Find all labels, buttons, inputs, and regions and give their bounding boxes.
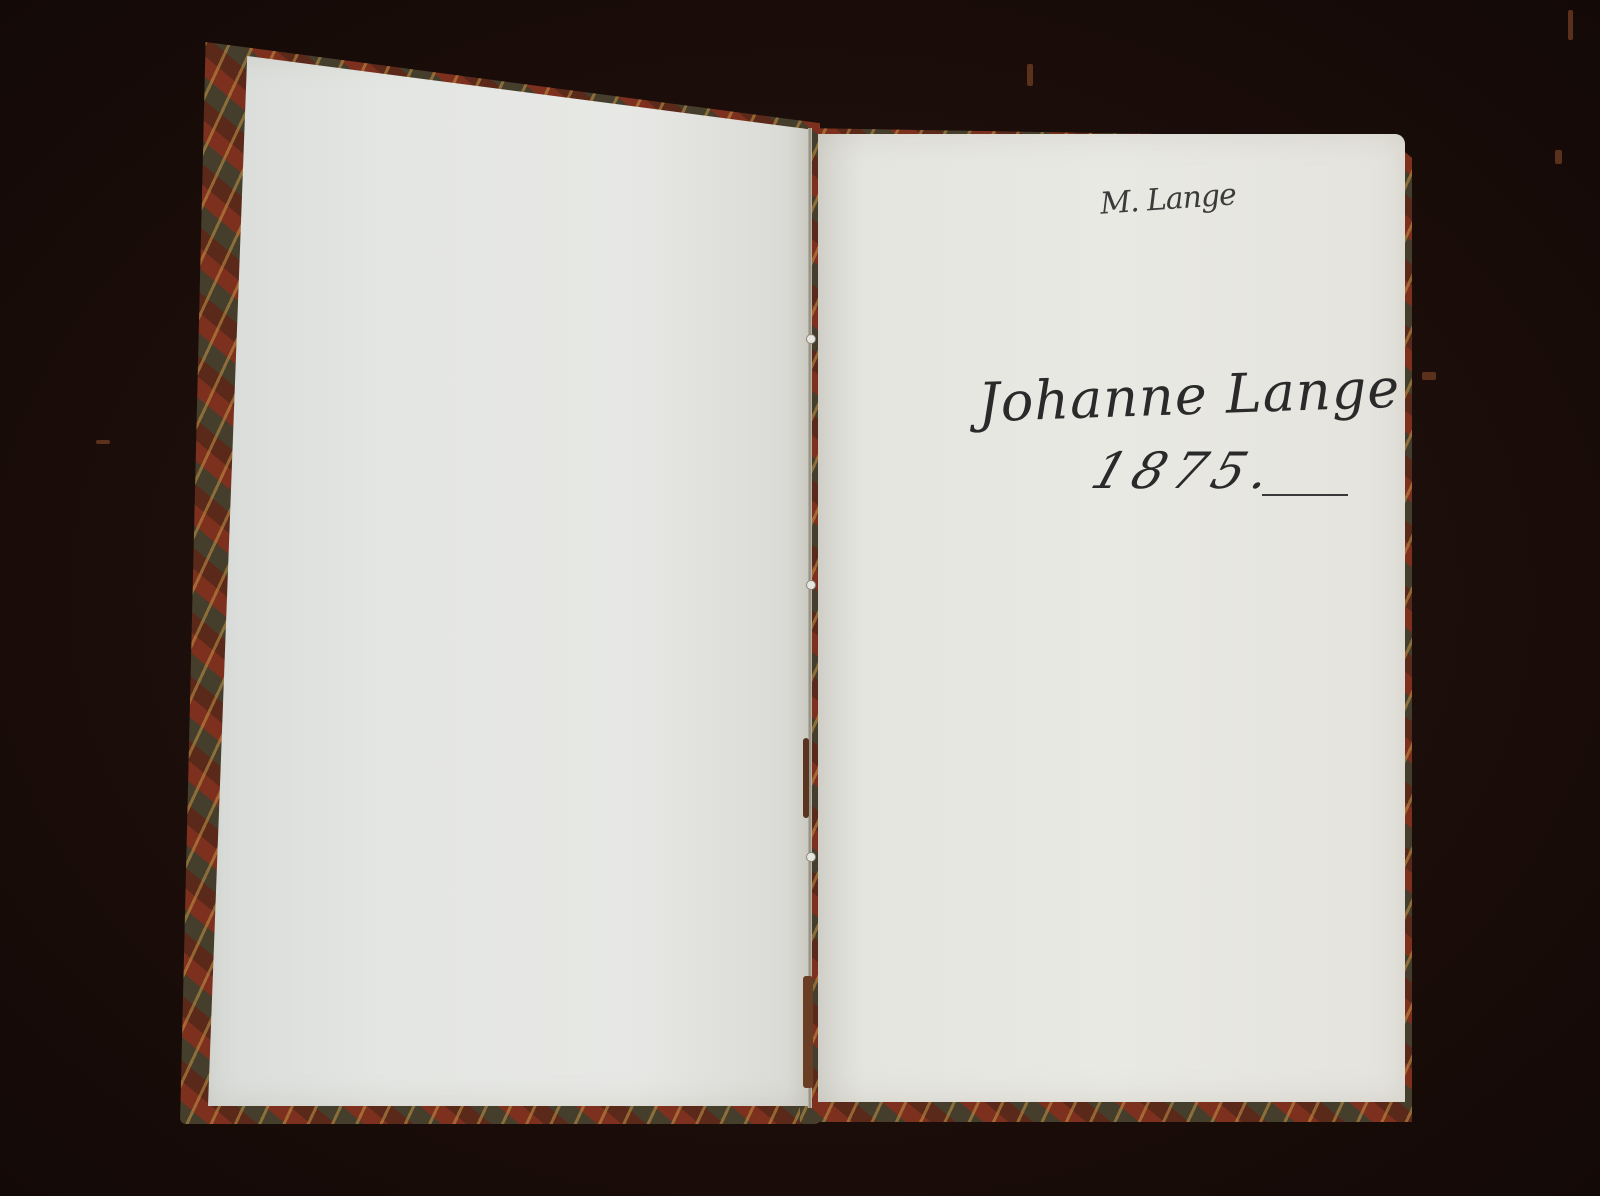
book-gutter (808, 128, 812, 1108)
binding-stitch (806, 580, 816, 590)
inscription-year: 1875. (1085, 442, 1287, 500)
page-tear (803, 976, 813, 1088)
inscription-underline (1262, 494, 1348, 496)
open-book: M. Lange Johanne Lange 1875. (0, 0, 1600, 1196)
left-page-blank (208, 56, 811, 1106)
page-tear (803, 738, 809, 818)
binding-stitch (806, 334, 816, 344)
right-page-flyleaf (818, 134, 1405, 1102)
binding-stitch (806, 852, 816, 862)
